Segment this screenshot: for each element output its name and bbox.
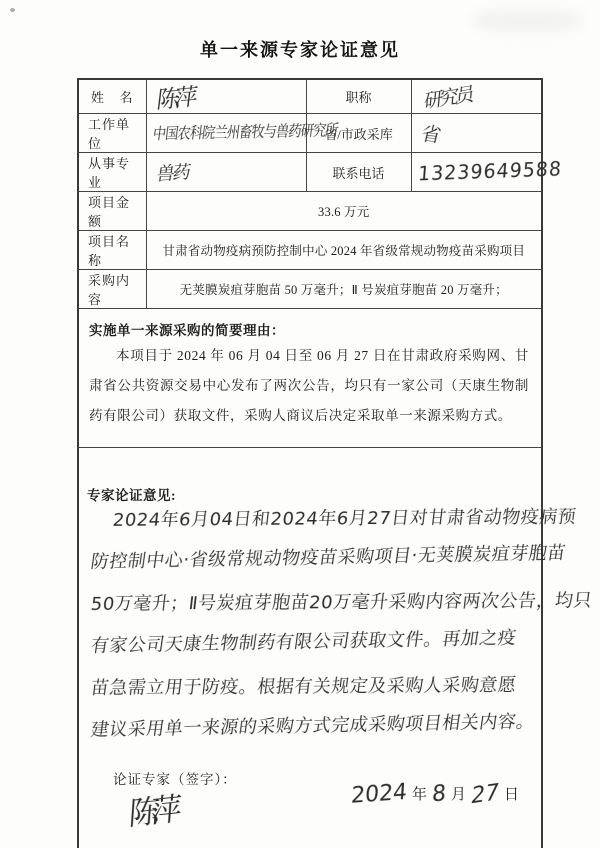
jobtitle-label: 职称 xyxy=(306,79,411,114)
handwritten-province: 省 xyxy=(419,119,444,148)
scanned-form-page: 单一来源专家论证意见 姓 名 陈萍 职称 研究员 工作单位 中国农科院兰州畜牧与… xyxy=(0,0,600,848)
day-unit-label: 日 xyxy=(504,787,519,803)
content-value: 无荚膜炭疽芽胞苗 50 万毫升；Ⅱ 号炭疽芽胞苗 20 万毫升； xyxy=(146,270,542,309)
handwritten-day: 27 xyxy=(469,780,500,810)
reason-cell: 实施单一来源采购的简要理由： 本项目于 2024 年 06 月 04 日至 06… xyxy=(78,309,542,448)
page-title: 单一来源专家论证意见 xyxy=(0,36,600,62)
workunit-value-cell: 中国农科院兰州畜牧与兽药研究所 xyxy=(146,114,306,153)
opinion-cell: 专家论证意见: 2024年6月04日和2024年6月27日对甘肃省动物疫病预 防… xyxy=(78,448,542,848)
handwritten-opinion-line: 建议采用单一来源的采购方式完成采购项目相关内容。 xyxy=(89,707,537,742)
project-name-label: 项目名称 xyxy=(78,231,146,270)
handwritten-opinion-line: 苗急需立用于防疫。根据有关规定及采购人采购意愿 xyxy=(89,671,518,700)
row-project-name: 项目名称 甘肃省动物疫病预防控制中心 2024 年省级常规动物疫苗采购项目 xyxy=(78,231,542,270)
row-workunit-govdb: 工作单位 中国农科院兰州畜牧与兽药研究所 省/市政采库 省 xyxy=(78,114,542,153)
name-value-cell: 陈萍 xyxy=(146,79,306,114)
row-profession-phone: 从事专业 兽药 联系电话 13239649588 xyxy=(78,153,542,192)
workunit-label: 工作单位 xyxy=(78,114,146,153)
profession-value-cell: 兽药 xyxy=(146,153,306,192)
handwritten-opinion-line: 防控制中心·省级常规动物疫苗采购项目·无荚膜炭疽芽胞苗 xyxy=(89,539,567,574)
project-name-value: 甘肃省动物疫病预防控制中心 2024 年省级常规动物疫苗采购项目 xyxy=(146,231,542,270)
handwritten-opinion-line: 2024年6月04日和2024年6月27日对甘肃省动物疫病预 xyxy=(111,503,577,532)
handwritten-opinion-line: 有家公司天康生物制药有限公司获取文件。再加之疫 xyxy=(89,624,518,658)
row-procurement-content: 采购内容 无荚膜炭疽芽胞苗 50 万毫升；Ⅱ 号炭疽芽胞苗 20 万毫升； xyxy=(78,270,542,309)
govdb-value-cell: 省 xyxy=(411,114,542,153)
month-unit-label: 月 xyxy=(451,787,466,803)
profession-label: 从事专业 xyxy=(78,153,146,192)
scan-artifact xyxy=(472,10,582,32)
handwritten-profession: 兽药 xyxy=(155,158,191,187)
row-reason: 实施单一来源采购的简要理由： 本项目于 2024 年 06 月 04 日至 06… xyxy=(78,309,542,448)
amount-label: 项目金额 xyxy=(78,192,146,231)
opinion-area: 专家论证意见: 2024年6月04日和2024年6月27日对甘肃省动物疫病预 防… xyxy=(79,448,541,848)
handwritten-name: 陈萍 xyxy=(155,78,195,115)
handwritten-phone-number: 13239649588 xyxy=(417,158,562,185)
year-unit-label: 年 xyxy=(412,787,427,803)
opinion-heading: 专家论证意见: xyxy=(87,484,176,504)
expert-opinion-form-table: 姓 名 陈萍 职称 研究员 工作单位 中国农科院兰州畜牧与兽药研究所 省/市政采… xyxy=(77,78,543,848)
reason-heading: 实施单一来源采购的简要理由： xyxy=(89,319,529,339)
signature-label: 论证专家（签字）： xyxy=(113,768,237,788)
reason-body-text: 本项目于 2024 年 06 月 04 日至 06 月 27 日在甘肃政府采购网… xyxy=(89,341,529,431)
row-name-jobtitle: 姓 名 陈萍 职称 研究员 xyxy=(78,79,542,114)
handwritten-workunit: 中国农科院兰州畜牧与兽药研究所 xyxy=(151,119,338,144)
jobtitle-value-cell: 研究员 xyxy=(411,79,542,114)
name-label: 姓 名 xyxy=(78,79,146,114)
handwritten-year: 2024 xyxy=(350,780,408,809)
signature-date: 2024年8月27日 xyxy=(351,782,524,807)
handwritten-month: 8 xyxy=(431,781,447,807)
amount-value: 33.6 万元 xyxy=(146,192,542,231)
phone-value-cell: 13239649588 xyxy=(411,153,542,192)
content-label: 采购内容 xyxy=(78,270,146,309)
scan-artifact xyxy=(10,8,15,12)
phone-label: 联系电话 xyxy=(306,153,411,192)
handwritten-signature: 陈萍 xyxy=(128,783,175,833)
row-amount: 项目金额 33.6 万元 xyxy=(78,192,542,231)
handwritten-opinion-line: 50万毫升；Ⅱ号炭疽芽胞苗20万毫升采购内容两次公告，均只 xyxy=(89,586,593,616)
row-expert-opinion: 专家论证意见: 2024年6月04日和2024年6月27日对甘肃省动物疫病预 防… xyxy=(78,448,542,848)
handwritten-jobtitle: 研究员 xyxy=(423,79,473,114)
